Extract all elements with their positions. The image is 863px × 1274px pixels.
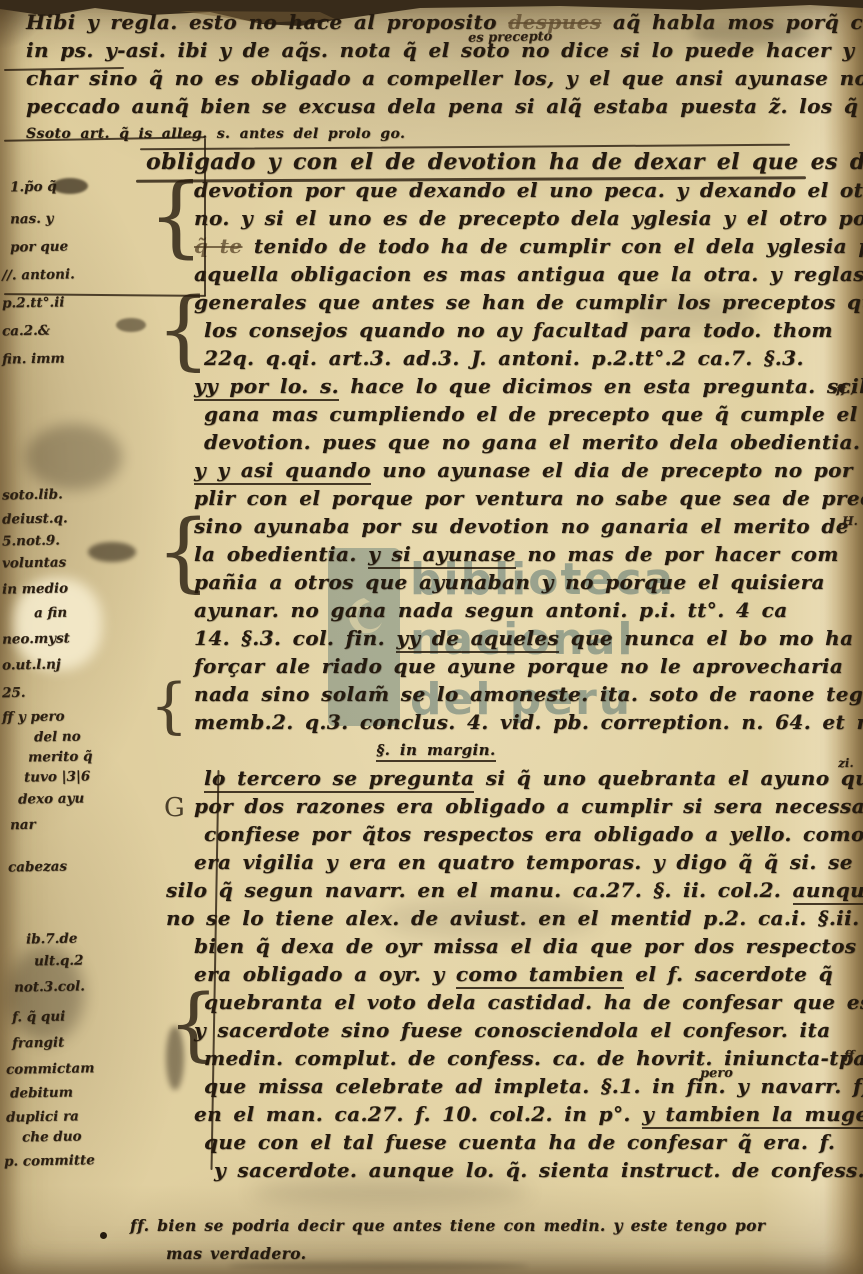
manuscript-line: ayunar. no gana nada segun antoni. p.i. … <box>26 596 846 624</box>
margin-note: 1.p̃o q̃ <box>10 180 57 195</box>
manuscript-line: era obligado a oyr. y como tambien el f.… <box>26 960 846 988</box>
manuscript-line: devotion. pues que no gana el merito del… <box>26 428 846 456</box>
ink-blot <box>88 542 136 562</box>
text-segment: plir con el porque por ventura no sabe q… <box>194 486 863 510</box>
right-margin-note: zi. <box>838 756 854 770</box>
margin-note: fin. imm <box>2 351 65 366</box>
text-segment: Hibi y regla. esto no hace al proposito <box>26 10 508 34</box>
text-segment: aunque lo añ: <box>793 878 863 905</box>
manuscript-line: 14. §.3. col. fin. yy de aqueles que nun… <box>26 624 846 652</box>
margin-note: duplici ra <box>6 1109 79 1124</box>
margin-brace: { <box>156 512 211 594</box>
text-segment: y tambien la muger <box>642 1102 863 1129</box>
manuscript-line: y sacerdote sino fuese conosciendola el … <box>26 1016 846 1044</box>
margin-note: por que <box>10 239 68 254</box>
margin-note: dexo ayu <box>18 791 84 806</box>
margin-note: nar <box>10 818 36 832</box>
ink-line <box>204 138 206 296</box>
manuscript-line: 22q. q.qi. art.3. ad.3. J. antoni. p.2.t… <box>26 344 846 372</box>
text-segment: no mas de por hacer com <box>516 542 839 566</box>
margin-note: cabezas <box>8 859 67 874</box>
text-segment: que nunca el bo mo ha de <box>559 626 863 650</box>
margin-note: p.2.tt°.ii <box>2 295 65 310</box>
margin-note: che duo <box>22 1129 82 1144</box>
manuscript-line: §. in margin. <box>26 736 846 764</box>
margin-note: in medio <box>2 581 68 596</box>
ink-blot <box>380 896 600 940</box>
manuscript-line: memb.2. q.3. conclus. 4. vid. pb. correp… <box>26 708 846 736</box>
margin-note: ib.7.de <box>26 932 78 947</box>
text-segment: char sino q̃ no es obligado a compeller … <box>26 66 863 90</box>
manuscript-line: pañia a otros que ayunaban y no porque e… <box>26 568 846 596</box>
margin-note: neo.myst <box>2 631 70 646</box>
margin-brace: G <box>164 796 185 821</box>
text-segment: forçar ale riado que ayune porque no le … <box>194 654 843 678</box>
ink-blot <box>8 946 84 1042</box>
interline-note: es precepto <box>468 29 553 45</box>
margin-note: a fin <box>34 606 67 621</box>
text-segment: mas verdadero. <box>166 1244 306 1263</box>
text-segment: era vigilia y era en quatro temporas. y … <box>194 850 853 874</box>
text-segment: yy por lo. s. <box>194 374 339 401</box>
text-segment: §. in margin. <box>376 741 495 762</box>
margin-note: ff y pero <box>2 709 65 724</box>
text-segment: la obedientia. <box>194 542 368 566</box>
manuscript-line: sino ayunaba por su devotion no ganaria … <box>26 512 846 540</box>
ink-blot <box>26 424 122 490</box>
ink-blot <box>250 1178 530 1206</box>
manuscript-scan: biblioteca nacional del peru Hibi y regl… <box>0 0 863 1274</box>
margin-brace: { <box>150 678 188 735</box>
ink-blot <box>690 20 810 46</box>
text-segment: quebranta el voto dela castidad. ha de c… <box>204 990 863 1014</box>
margin-note: deiust.q. <box>2 511 68 526</box>
text-segment: gana mas cumpliendo el de precepto que q… <box>204 402 863 426</box>
margin-brace: { <box>148 174 204 258</box>
text-segment: sino ayunaba por su devotion no ganaria … <box>194 514 849 538</box>
margin-note: tuvo |3|6 <box>24 769 90 784</box>
margin-note: //. antoni. <box>2 267 75 282</box>
manuscript-line: peccado aunq̃ bien se excusa dela pena s… <box>26 92 846 120</box>
manuscript-line: en el man. ca.27. f. 10. col.2. in p°. y… <box>26 1100 846 1128</box>
text-segment: obligado y con el de devotion ha de dexa… <box>146 149 863 175</box>
text-segment: tenido de todo ha de cumplir con el dela… <box>243 234 863 258</box>
margin-note: ca.2.& <box>2 324 50 339</box>
text-segment: no. y si el uno es de precepto dela ygle… <box>194 206 863 230</box>
margin-note: merito q̃ <box>28 749 93 764</box>
manuscript-line: lo tercero se pregunta si q̃ uno quebran… <box>26 764 846 792</box>
margin-brace: { <box>156 290 211 372</box>
manuscript-line: por dos razones era obligado a cumplir s… <box>26 792 846 820</box>
ink-blot <box>228 1262 528 1270</box>
manuscript-line: era vigilia y era en quatro temporas. y … <box>26 848 846 876</box>
manuscript-page: biblioteca nacional del peru Hibi y regl… <box>0 0 863 1274</box>
text-segment: uno ayunase el dia de precepto no por cu… <box>371 458 863 482</box>
text-segment: que con el tal fuese cuenta ha de confes… <box>204 1130 835 1154</box>
margin-note: voluntas <box>2 555 66 570</box>
manuscript-line: ff. bien se podria decir que antes tiene… <box>26 1212 846 1240</box>
text-segment: confiese por q̃tos respectos era obligad… <box>204 822 863 846</box>
margin-note: debitum <box>10 1085 73 1100</box>
margin-note: commictam <box>6 1061 95 1077</box>
text-segment: y sacerdote sino fuese conosciendola el … <box>194 1018 830 1042</box>
text-segment: pañia a otros que ayunaban y no porque e… <box>194 570 825 594</box>
text-segment: y sacerdote. aunque lo. q̃. sienta instr… <box>214 1158 863 1182</box>
manuscript-line: forçar ale riado que ayune porque no le … <box>26 652 846 680</box>
manuscript-line: yy por lo. s. hace lo que dicimos en est… <box>26 372 846 400</box>
margin-note: p. committe <box>4 1153 95 1169</box>
margin-note: 25. <box>2 686 26 700</box>
manuscript-line: confiese por q̃tos respectos era obligad… <box>26 820 846 848</box>
manuscript-line: nada sino solam̃ se lo amoneste. ita. so… <box>26 680 846 708</box>
manuscript-line: la obedientia. y si ayunase no mas de po… <box>26 540 846 568</box>
right-margin-note: ff <box>844 1048 854 1062</box>
text-segment: y si ayunase <box>368 542 516 569</box>
text-segment: yy de aqueles <box>396 626 559 653</box>
text-segment: 22q. q.qi. art.3. ad.3. J. antoni. p.2.t… <box>204 346 804 370</box>
manuscript-line: que con el tal fuese cuenta ha de confes… <box>26 1128 846 1156</box>
text-segment: ayunar. no gana nada segun antoni. p.i. … <box>194 598 788 622</box>
text-segment: que missa celebrate ad impleta. §.1. in … <box>204 1074 863 1098</box>
text-segment: en el man. ca.27. f. 10. col.2. in p°. <box>194 1102 642 1126</box>
right-margin-note: .ff., <box>832 382 855 396</box>
text-segment: memb.2. q.3. conclus. 4. vid. pb. correp… <box>194 710 863 734</box>
text-segment: como tambien <box>456 962 624 989</box>
ink-blot <box>52 178 88 194</box>
interline-note: pero <box>700 1066 733 1082</box>
text-segment: por dos razones era obligado a cumplir s… <box>194 794 863 818</box>
text-segment: peccado aunq̃ bien se excusa dela pena s… <box>26 94 863 118</box>
text-segment: el f. sacerdote q̃ <box>624 962 833 986</box>
margin-note: o.ut.l.nj <box>2 657 61 672</box>
text-segment: era obligado a oyr. y <box>194 962 456 986</box>
margin-note: soto.lib. <box>2 487 63 502</box>
text-segment: medin. complut. de confess. ca. de hovri… <box>204 1046 863 1070</box>
manuscript-line: y y asi quando uno ayunase el dia de pre… <box>26 456 846 484</box>
margin-note: nas. y <box>10 212 54 227</box>
margin-note: del no <box>34 730 81 745</box>
manuscript-line: plir con el porque por ventura no sabe q… <box>26 484 846 512</box>
text-segment: hace lo que dicimos en esta pregunta. sc… <box>339 374 863 398</box>
footnote-bullet <box>100 1232 107 1239</box>
manuscript-line: char sino q̃ no es obligado a compeller … <box>26 64 846 92</box>
text-segment: ff. bien se podria decir que antes tiene… <box>130 1216 765 1235</box>
text-segment: aquella obligacion es mas antigua que la… <box>194 262 863 286</box>
manuscript-line: quebranta el voto dela castidad. ha de c… <box>26 988 846 1016</box>
manuscript-line: gana mas cumpliendo el de precepto que q… <box>26 400 846 428</box>
text-segment: y y asi quando <box>194 458 371 485</box>
margin-note: 5.not.9. <box>2 533 60 548</box>
ink-blot <box>116 318 146 332</box>
text-segment: nada sino solam̃ se lo amoneste. ita. so… <box>194 682 863 706</box>
text-segment: si q̃ uno quebranta el ayuno que <box>474 766 863 790</box>
text-segment: devotion. pues que no gana el merito del… <box>204 430 860 454</box>
text-segment: generales que antes se han de cumplir lo… <box>194 290 863 314</box>
text-segment: 14. §.3. col. fin. <box>194 626 396 650</box>
ink-blot <box>166 1026 184 1090</box>
ink-blot <box>620 296 760 330</box>
text-segment: lo tercero se pregunta <box>204 766 474 793</box>
right-margin-note: .H. <box>838 514 858 528</box>
